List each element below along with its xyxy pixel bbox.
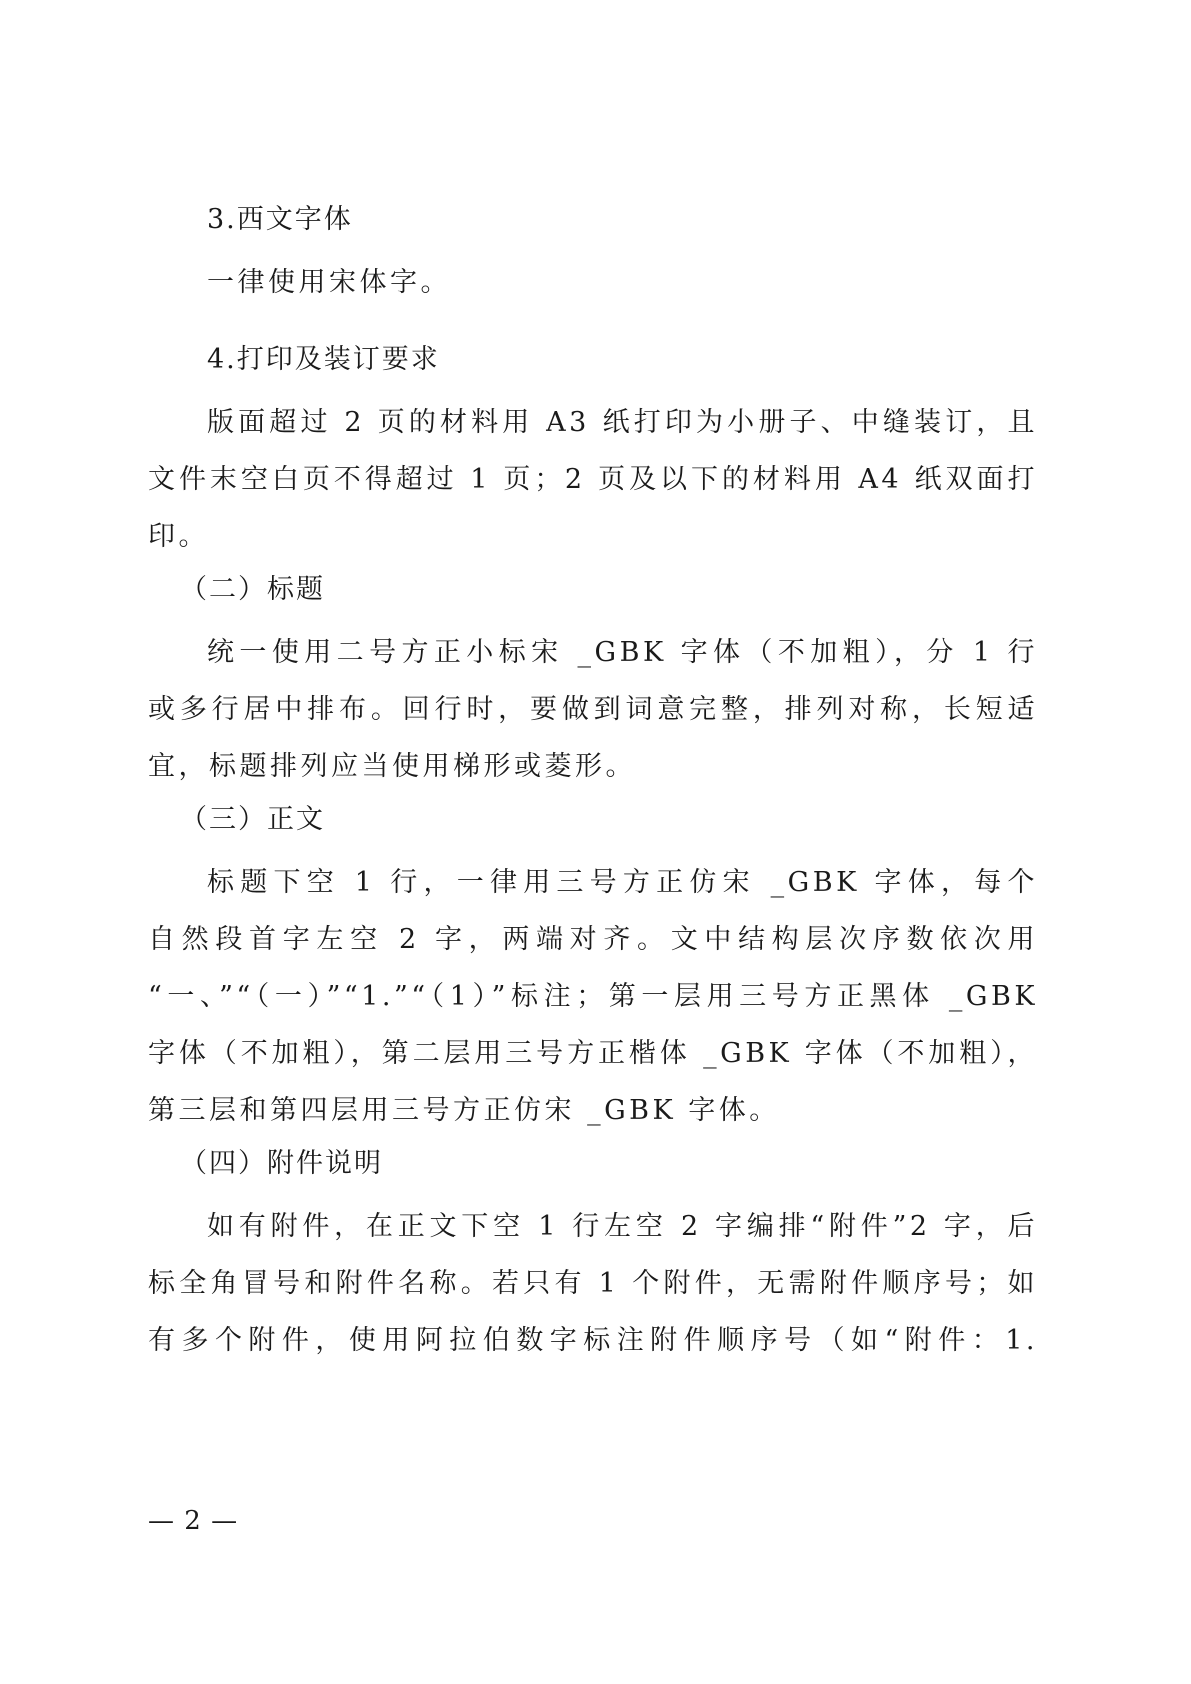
paragraph-line: 统一使用二号方正小标宋 _GBK 字体（不加粗），分 1 行 <box>207 635 1038 671</box>
paragraph-line: 一律使用宋体字。 <box>207 265 1038 301</box>
page-number: — 2 — <box>148 1503 238 1539</box>
paragraph-line: 宜，标题排列应当使用梯形或菱形。 <box>148 749 1038 785</box>
section-heading-printing: 4.打印及装订要求 <box>207 342 1038 378</box>
document-page: 3.西文字体 一律使用宋体字。 4.打印及装订要求 版面超过 2 页的材料用 A… <box>0 0 1191 1684</box>
paragraph-line: 如有附件，在正文下空 1 行左空 2 字编排“附件”2 字，后 <box>207 1209 1038 1245</box>
paragraph-line: “一、”“（一）”“1.”“（1）”标注；第一层用三号方正黑体 _GBK <box>148 979 1038 1015</box>
paragraph-line: 文件末空白页不得超过 1 页；2 页及以下的材料用 A4 纸双面打 <box>148 462 1038 498</box>
section-heading-attachments: （四）附件说明 <box>180 1146 1070 1182</box>
paragraph-line: 自然段首字左空 2 字，两端对齐。文中结构层次序数依次用 <box>148 922 1038 958</box>
paragraph-line: 版面超过 2 页的材料用 A3 纸打印为小册子、中缝装订，且 <box>207 405 1038 441</box>
section-heading-body-text: （三）正文 <box>180 802 1070 838</box>
section-heading-western-font: 3.西文字体 <box>207 202 1038 238</box>
paragraph-line: 第三层和第四层用三号方正仿宋 _GBK 字体。 <box>148 1093 1038 1129</box>
paragraph-line: 或多行居中排布。回行时，要做到词意完整，排列对称，长短适 <box>148 692 1038 728</box>
paragraph-line: 印。 <box>148 519 1038 555</box>
paragraph-line: 有多个附件，使用阿拉伯数字标注附件顺序号（如“附件：1. <box>148 1323 1038 1359</box>
paragraph-line: 标题下空 1 行，一律用三号方正仿宋 _GBK 字体，每个 <box>207 865 1038 901</box>
paragraph-line: 字体（不加粗），第二层用三号方正楷体 _GBK 字体（不加粗）， <box>148 1036 1038 1072</box>
paragraph-line: 标全角冒号和附件名称。若只有 1 个附件，无需附件顺序号；如 <box>148 1266 1038 1302</box>
section-heading-title: （二）标题 <box>180 572 1070 608</box>
